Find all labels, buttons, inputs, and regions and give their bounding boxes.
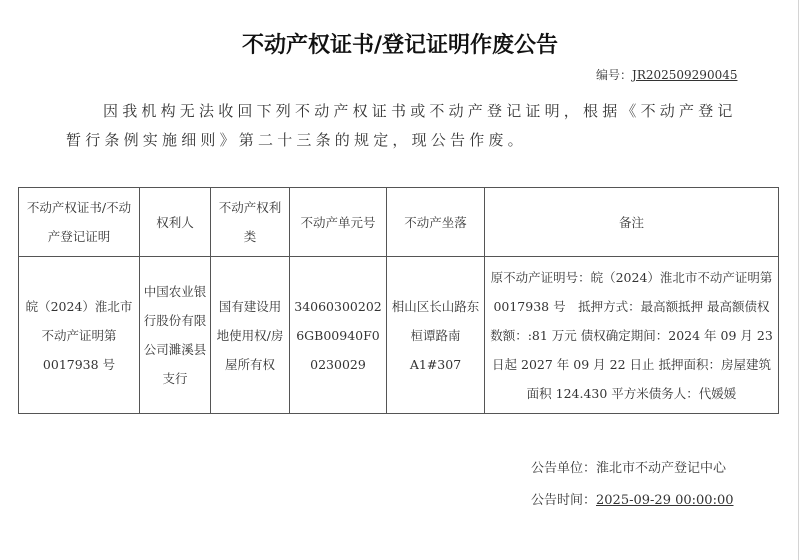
table-row: 皖（2024）淮北市不动产证明第0017938 号 中国农业银行股份有限公司濉溪… xyxy=(19,257,779,414)
announcement-line-2: 暂行条例实施细则》第二十三条的规定，现公告作废。 xyxy=(66,126,766,155)
announcement-time: 公告时间：2025-09-29 00:00:00 xyxy=(531,489,734,508)
header-unit-number: 不动产单元号 xyxy=(290,188,387,257)
announcement-paragraph: 因我机构无法收回下列不动产权证书或不动产登记证明，根据《不动产登记 暂行条例实施… xyxy=(66,97,766,155)
cell-holder: 中国农业银行股份有限公司濉溪县支行 xyxy=(140,257,211,414)
cell-remark: 原不动产证明号：皖（2024）淮北市不动产证明第 0017938 号 抵押方式：… xyxy=(485,257,779,414)
cell-location: 相山区长山路东桓谭路南A1#307 xyxy=(387,257,485,414)
cell-right-type: 国有建设用地使用权/房屋所有权 xyxy=(211,257,290,414)
header-right-type: 不动产权利类 xyxy=(211,188,290,257)
document-number-label: 编号： xyxy=(596,68,632,82)
announcing-unit: 公告单位：淮北市不动产登记中心 xyxy=(531,457,726,476)
header-remark: 备注 xyxy=(485,188,779,257)
header-certificate: 不动产权证书/不动产登记证明 xyxy=(19,188,140,257)
announcing-unit-value: 淮北市不动产登记中心 xyxy=(596,461,726,476)
page-title: 不动产权证书/登记证明作废公告 xyxy=(0,28,800,59)
header-holder: 权利人 xyxy=(140,188,211,257)
announcement-time-label: 公告时间： xyxy=(531,493,596,508)
table-header-row: 不动产权证书/不动产登记证明 权利人 不动产权利类 不动产单元号 不动产坐落 备… xyxy=(19,188,779,257)
header-location: 不动产坐落 xyxy=(387,188,485,257)
cell-certificate: 皖（2024）淮北市不动产证明第0017938 号 xyxy=(19,257,140,414)
document-number-value: JR202509290045 xyxy=(632,68,737,82)
announcement-line-1: 因我机构无法收回下列不动产权证书或不动产登记证明，根据《不动产登记 xyxy=(66,97,766,126)
announcing-unit-label: 公告单位： xyxy=(531,461,596,476)
announcement-time-value: 2025-09-29 00:00:00 xyxy=(596,493,733,508)
document-number: 编号：JR202509290045 xyxy=(596,66,737,83)
void-certificates-table: 不动产权证书/不动产登记证明 权利人 不动产权利类 不动产单元号 不动产坐落 备… xyxy=(18,187,779,414)
page-edge-divider xyxy=(798,0,799,560)
cell-unit-number: 340603002026GB00940F00230029 xyxy=(290,257,387,414)
